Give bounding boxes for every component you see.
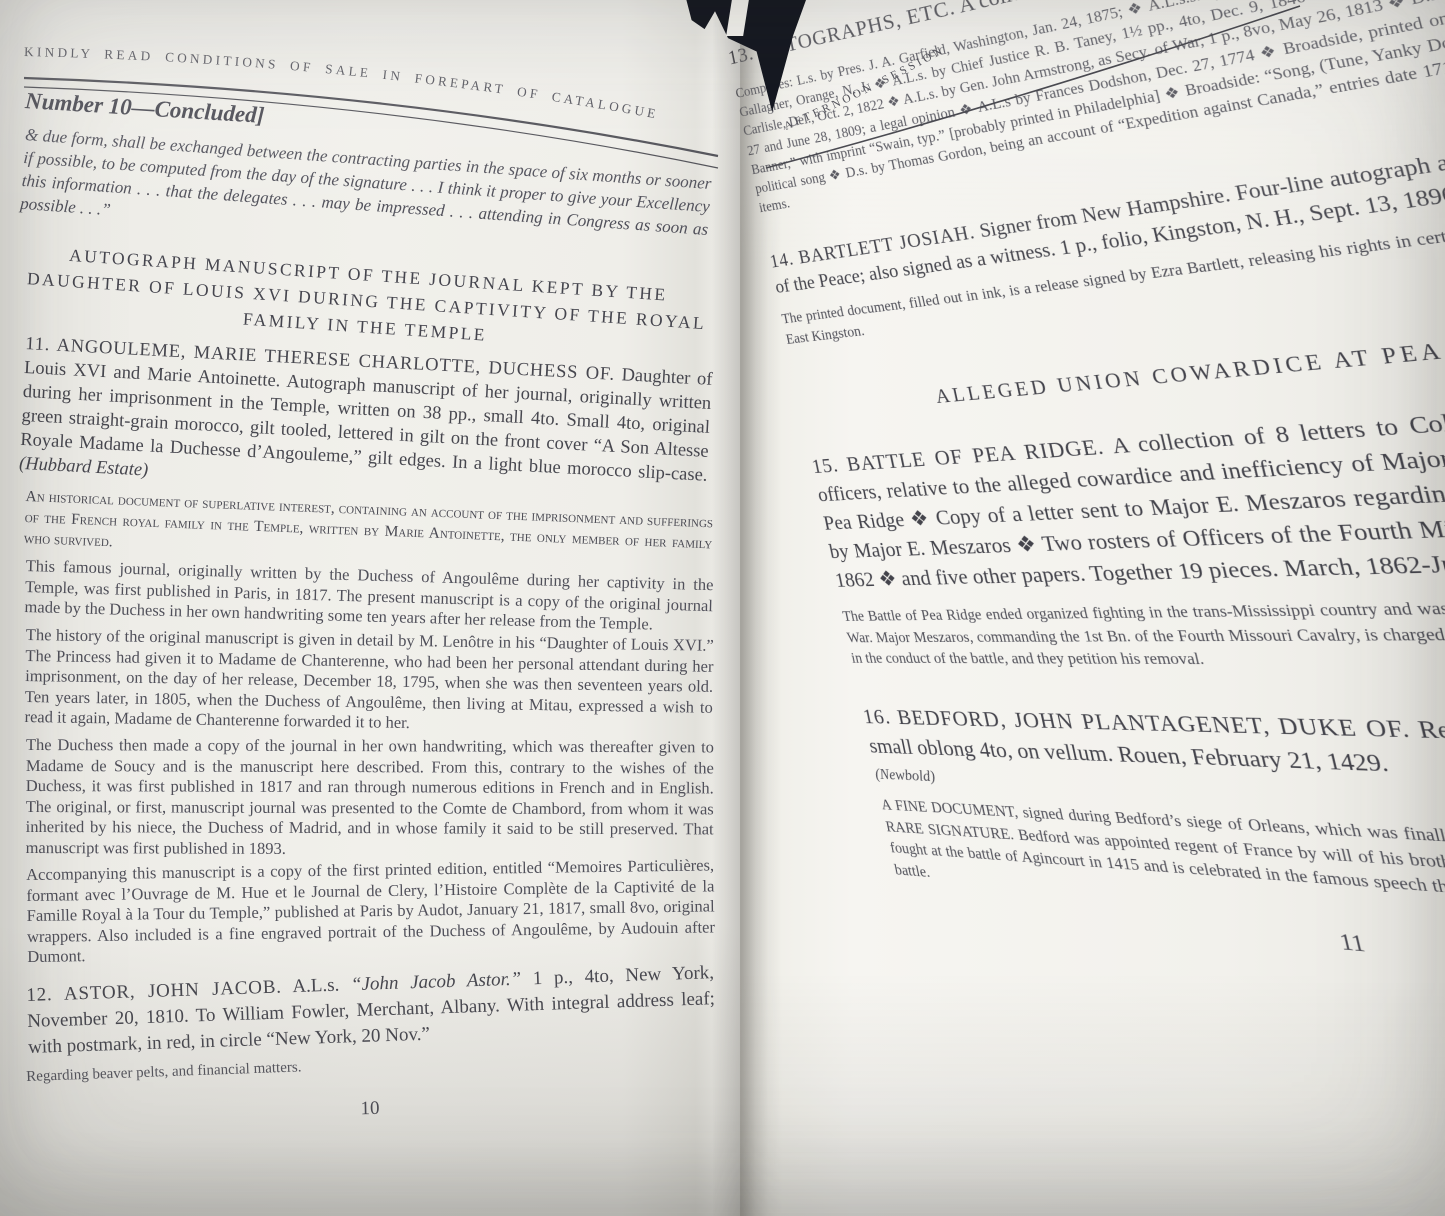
lot-15-note: The Battle of Pea Ridge ended organized … xyxy=(841,589,1445,675)
left-page-text-column: Number 10—Concluded] & due form, shall b… xyxy=(26,88,714,1120)
description-paragraph: The Duchess then made a copy of the jour… xyxy=(26,735,714,861)
right-page: 13. AUTOGRAPHS, ETC. A collection of A.L… xyxy=(740,0,1445,1216)
lot-11-entry: 11. ANGOULEME, MARIE THERESE CHARLOTTE, … xyxy=(18,332,713,512)
right-running-header-arc: AFTERNOON SESSION xyxy=(740,0,1340,190)
session-header-rule xyxy=(766,6,1300,168)
lot-11-provenance: (Hubbard Estate) xyxy=(19,454,149,481)
lot-12-lead: 12. ASTOR, JOHN JACOB. xyxy=(26,977,282,1006)
lot-15-entry: 15. BATTLE OF PEA RIDGE. A collection of… xyxy=(810,381,1445,596)
left-page-number: 10 xyxy=(26,1091,714,1127)
description-paragraph: The history of the original manuscript i… xyxy=(24,625,714,739)
quoted-letter-extract: & due form, shall be exchanged between t… xyxy=(19,123,712,264)
description-paragraph: Accompanying this manuscript is a copy o… xyxy=(26,856,715,969)
lot-12-entry: 12. ASTOR, JOHN JACOB. A.L.s. “John Jaco… xyxy=(26,960,716,1061)
left-page: KINDLY READ CONDITIONS OF SALE IN FOREPA… xyxy=(0,0,740,1216)
lot-12-body: A.L.s. xyxy=(281,975,351,998)
right-running-header: AFTERNOON SESSION xyxy=(782,44,946,133)
lot-15-body: A collection of 8 letters to Col. G. E. … xyxy=(816,385,1445,593)
open-book-photo: KINDLY READ CONDITIONS OF SALE IN FOREPA… xyxy=(0,0,1445,1216)
lot-12-signature: “John Jacob Astor.” xyxy=(351,969,522,996)
